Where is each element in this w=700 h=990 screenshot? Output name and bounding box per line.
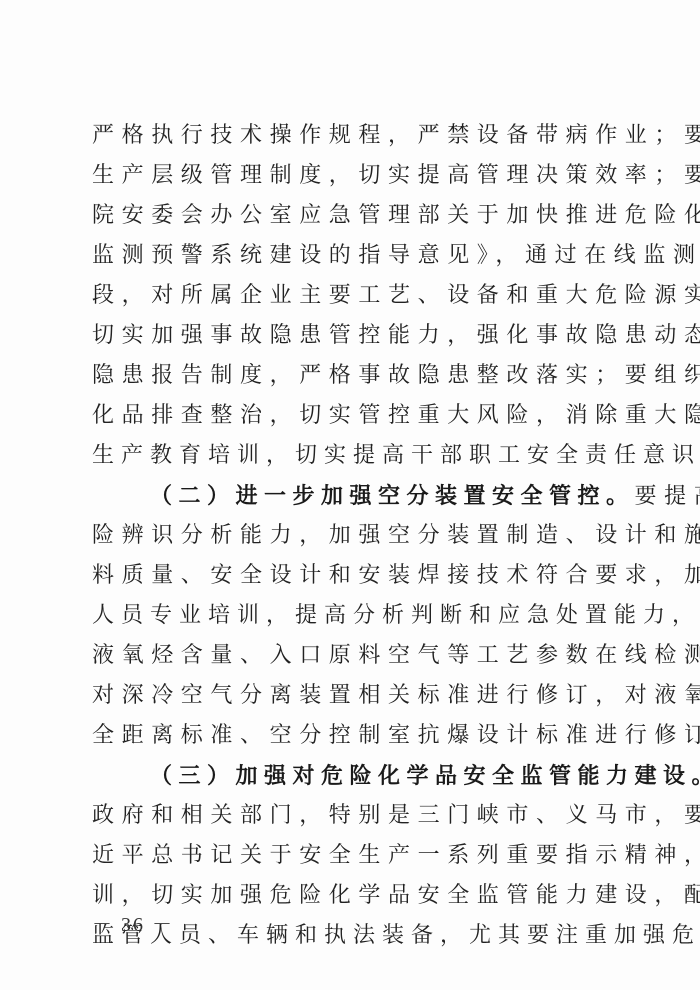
text-line: 院安委会办公室应急管理部关于加快推进危险化学品生产风险 [92, 196, 612, 236]
document-page: 严格执行技术操作规程，严禁设备带病作业；要进一步优化安全 生产层级管理制度，切实… [0, 0, 700, 990]
text-line: 化品排查整治，切实管控重大风险，消除重大隐患；要加强安全 [92, 396, 612, 436]
text-line: 监测预警系统建设的指导意见》，通过在线监测、预警等技术手 [92, 236, 612, 276]
text-line: （三）加强对危险化学品安全监管能力建设。全省各级党委 [92, 756, 612, 796]
text-line: 隐患报告制度，严格事故隐患整改落实；要组织所属企业开展危 [92, 356, 612, 396]
text-line: 液氧烃含量、入口原料空气等工艺参数在线检测。建议有关部门 [92, 636, 612, 676]
text-line: 生产层级管理制度，切实提高管理决策效率；要认真落实《国务 [92, 156, 612, 196]
text-line: 严格执行技术操作规程，严禁设备带病作业；要进一步优化安全 [92, 116, 612, 156]
text-line: 人员专业培训，提高分析判断和应急处置能力，完善冷箱密封气、 [92, 596, 612, 636]
section-heading-3: （三）加强对危险化学品安全监管能力建设。 [150, 763, 700, 789]
text-line: 近平总书记关于安全生产一系列重要指示精神，深刻汲取事故教 [92, 836, 612, 876]
text-line: 料质量、安全设计和安装焊接技术符合要求，加强空分装置作业 [92, 556, 612, 596]
text-line: 对深冷空气分离装置相关标准进行修订，对液氧等重大危险源安 [92, 676, 612, 716]
text-line: （二）进一步加强空分装置安全管控。要提高对空分装置风 [92, 476, 612, 516]
text-fragment: 要提高对空分装置风 [635, 484, 700, 509]
body-text: 严格执行技术操作规程，严禁设备带病作业；要进一步优化安全 生产层级管理制度，切实… [92, 116, 612, 956]
text-line: 全距离标准、空分控制室抗爆设计标准进行修订完善。 [92, 716, 612, 756]
paragraph-safety-management: 严格执行技术操作规程，严禁设备带病作业；要进一步优化安全 生产层级管理制度，切实… [92, 116, 612, 476]
text-line: 险辨识分析能力，加强空分装置制造、设计和施工管理，确保材 [92, 516, 612, 556]
text-line: 段，对所属企业主要工艺、设备和重大危险源实行动态管理；要 [92, 276, 612, 316]
section-heading-2: （二）进一步加强空分装置安全管控。 [150, 483, 635, 509]
text-line: 政府和相关部门，特别是三门峡市、义马市，要坚决贯彻落实习 [92, 796, 612, 836]
page-number: － 36 － [92, 908, 174, 937]
paragraph-air-separation: （二）进一步加强空分装置安全管控。要提高对空分装置风 险辨识分析能力，加强空分装… [92, 476, 612, 756]
text-line: 切实加强事故隐患管控能力，强化事故隐患动态管理，规范事故 [92, 316, 612, 356]
text-line: 生产教育培训，切实提高干部职工安全责任意识和风险防范能力。 [92, 436, 612, 476]
